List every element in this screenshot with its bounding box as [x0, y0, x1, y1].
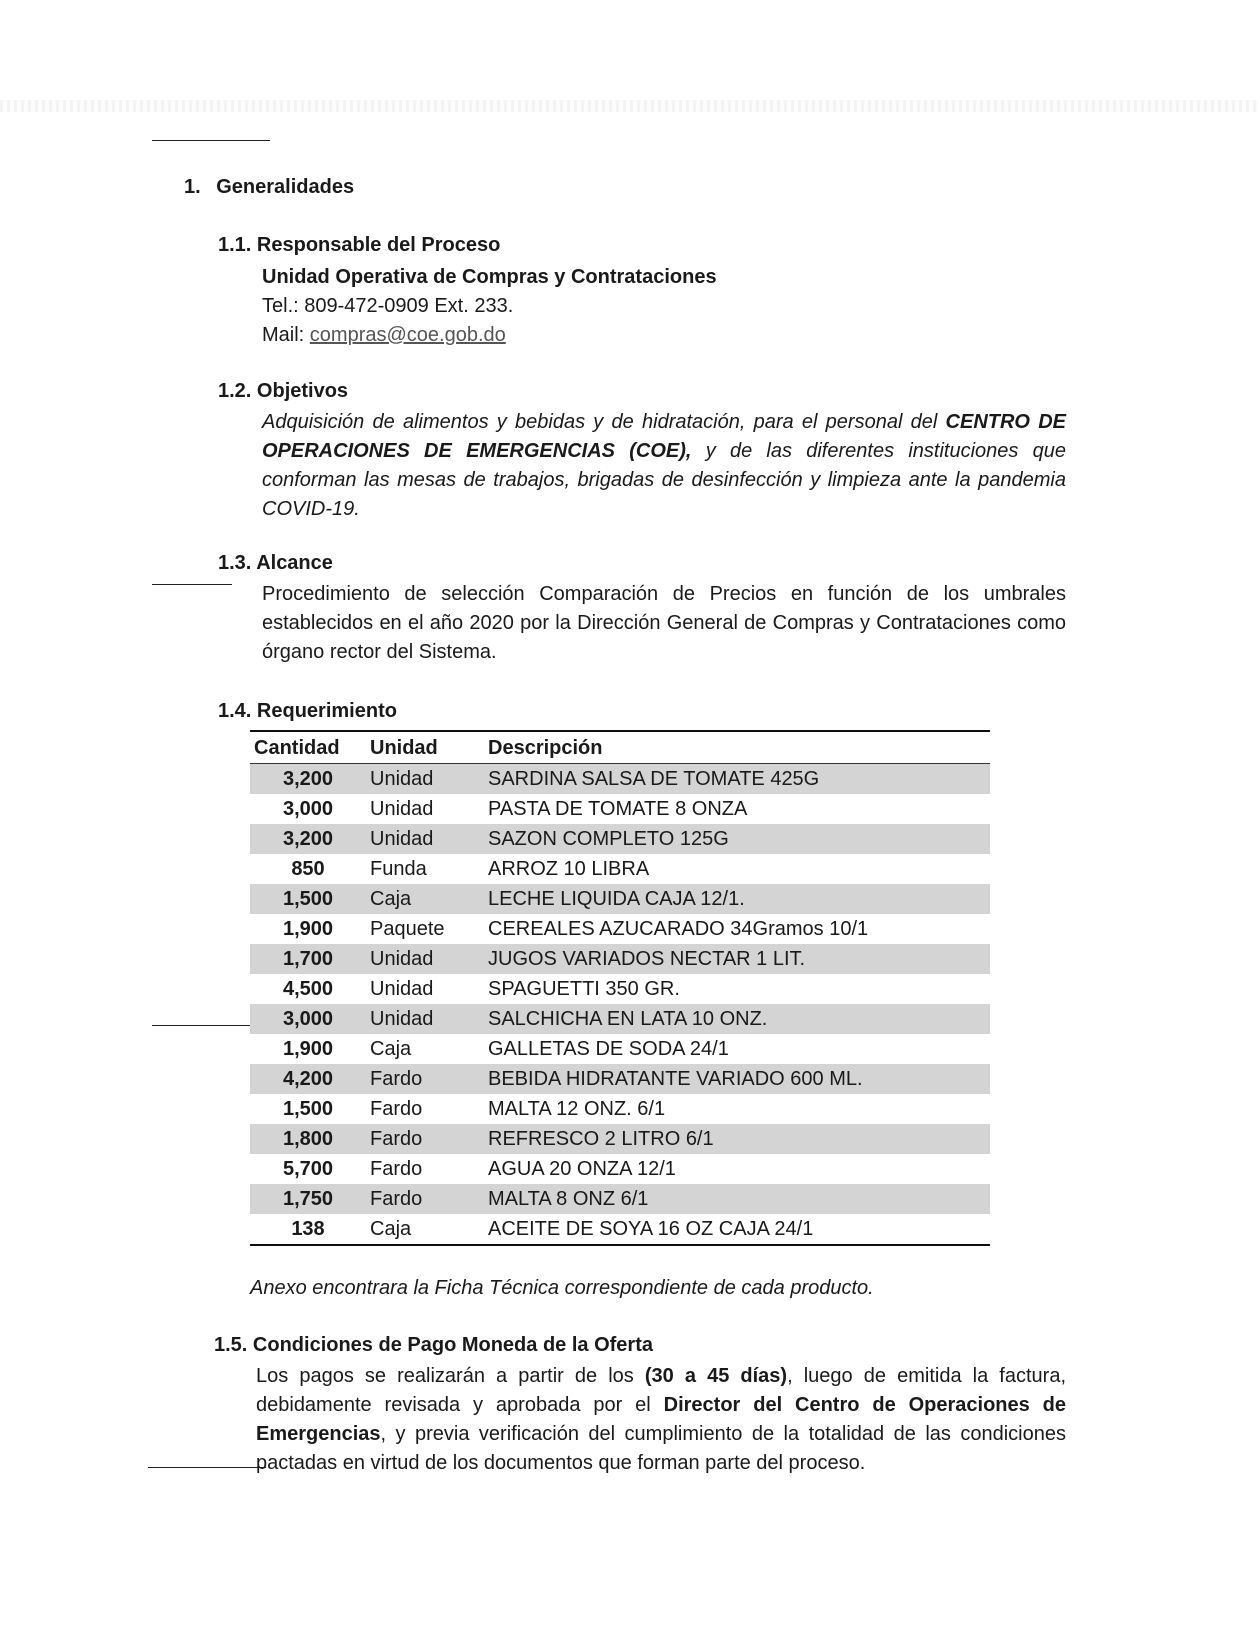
cell-unidad: Paquete	[366, 914, 484, 944]
cell-cantidad: 850	[250, 854, 366, 884]
annex-note: Anexo encontrara la Ficha Técnica corres…	[250, 1274, 874, 1303]
cell-cantidad: 3,200	[250, 764, 366, 795]
heading-number: 1.3.	[218, 552, 251, 574]
scan-mark	[152, 584, 232, 585]
cell-unidad: Funda	[366, 854, 484, 884]
column-header-cantidad: Cantidad	[250, 731, 366, 764]
cell-cantidad: 4,200	[250, 1064, 366, 1094]
cell-unidad: Unidad	[366, 794, 484, 824]
alcance-text: Procedimiento de selección Comparación d…	[262, 580, 1066, 667]
table-row: 1,900PaqueteCEREALES AZUCARADO 34Gramos …	[250, 914, 990, 944]
table-row: 1,900CajaGALLETAS DE SODA 24/1	[250, 1034, 990, 1064]
cell-cantidad: 1,900	[250, 914, 366, 944]
table-row: 3,000UnidadPASTA DE TOMATE 8 ONZA	[250, 794, 990, 824]
cell-cantidad: 5,700	[250, 1154, 366, 1184]
cell-descripcion: MALTA 12 ONZ. 6/1	[484, 1094, 990, 1124]
cell-cantidad: 1,800	[250, 1124, 366, 1154]
cell-descripcion: SPAGUETTI 350 GR.	[484, 974, 990, 1004]
cell-descripcion: PASTA DE TOMATE 8 ONZA	[484, 794, 990, 824]
cell-descripcion: GALLETAS DE SODA 24/1	[484, 1034, 990, 1064]
cell-cantidad: 1,500	[250, 884, 366, 914]
cell-unidad: Fardo	[366, 1064, 484, 1094]
column-header-descripcion: Descripción	[484, 731, 990, 764]
cell-descripcion: SAZON COMPLETO 125G	[484, 824, 990, 854]
heading-number: 1.1.	[218, 234, 251, 256]
table-row: 3,200UnidadSARDINA SALSA DE TOMATE 425G	[250, 764, 990, 795]
responsable-unit: Unidad Operativa de Compras y Contrataci…	[262, 263, 717, 292]
cell-cantidad: 1,500	[250, 1094, 366, 1124]
cell-descripcion: LECHE LIQUIDA CAJA 12/1.	[484, 884, 990, 914]
heading-title: Alcance	[256, 552, 333, 574]
cell-unidad: Caja	[366, 1214, 484, 1245]
responsable-mail: Mail: compras@coe.gob.do	[262, 321, 506, 350]
cell-cantidad: 3,200	[250, 824, 366, 854]
cell-cantidad: 1,900	[250, 1034, 366, 1064]
cell-descripcion: SALCHICHA EN LATA 10 ONZ.	[484, 1004, 990, 1034]
cell-unidad: Unidad	[366, 824, 484, 854]
section-title: Generalidades	[216, 176, 354, 198]
mail-label: Mail:	[262, 324, 310, 346]
cell-unidad: Unidad	[366, 1004, 484, 1034]
table-row: 850FundaARROZ 10 LIBRA	[250, 854, 990, 884]
cell-unidad: Caja	[366, 884, 484, 914]
pago-text: Los pagos se realizarán a partir de los …	[256, 1362, 1066, 1478]
table-row: 4,200FardoBEBIDA HIDRATANTE VARIADO 600 …	[250, 1064, 990, 1094]
mail-link[interactable]: compras@coe.gob.do	[310, 324, 506, 346]
pago-heading: 1.5. Condiciones de Pago Moneda de la Of…	[214, 1334, 653, 1357]
table-row: 3,200UnidadSAZON COMPLETO 125G	[250, 824, 990, 854]
table-row: 4,500UnidadSPAGUETTI 350 GR.	[250, 974, 990, 1004]
cell-cantidad: 138	[250, 1214, 366, 1245]
scan-mark	[152, 140, 270, 141]
cell-descripcion: ACEITE DE SOYA 16 OZ CAJA 24/1	[484, 1214, 990, 1245]
heading-number: 1.2.	[218, 380, 251, 402]
column-header-unidad: Unidad	[366, 731, 484, 764]
requerimiento-table: Cantidad Unidad Descripción 3,200UnidadS…	[250, 730, 990, 1246]
text: Adquisición de alimentos y bebidas y de …	[262, 411, 946, 433]
table-row: 1,750FardoMALTA 8 ONZ 6/1	[250, 1184, 990, 1214]
table-row: 1,800FardoREFRESCO 2 LITRO 6/1	[250, 1124, 990, 1154]
cell-descripcion: SARDINA SALSA DE TOMATE 425G	[484, 764, 990, 795]
scan-artifact	[0, 100, 1258, 112]
table-header-row: Cantidad Unidad Descripción	[250, 731, 990, 764]
bold-text: (30 a 45 días)	[645, 1365, 787, 1387]
table-row: 1,700UnidadJUGOS VARIADOS NECTAR 1 LIT.	[250, 944, 990, 974]
section-heading: 1. Generalidades	[184, 176, 354, 199]
heading-number: 1.5.	[214, 1334, 247, 1356]
cell-cantidad: 3,000	[250, 794, 366, 824]
heading-title: Condiciones de Pago Moneda de la Oferta	[253, 1334, 653, 1356]
cell-cantidad: 1,750	[250, 1184, 366, 1214]
objetivos-text: Adquisición de alimentos y bebidas y de …	[262, 408, 1066, 524]
heading-title: Objetivos	[257, 380, 348, 402]
responsable-tel: Tel.: 809-472-0909 Ext. 233.	[262, 292, 513, 321]
table-row: 138CajaACEITE DE SOYA 16 OZ CAJA 24/1	[250, 1214, 990, 1245]
cell-descripcion: CEREALES AZUCARADO 34Gramos 10/1	[484, 914, 990, 944]
cell-unidad: Unidad	[366, 764, 484, 795]
cell-cantidad: 1,700	[250, 944, 366, 974]
cell-unidad: Fardo	[366, 1094, 484, 1124]
cell-descripcion: REFRESCO 2 LITRO 6/1	[484, 1124, 990, 1154]
text: Los pagos se realizarán a partir de los	[256, 1365, 645, 1387]
cell-unidad: Unidad	[366, 974, 484, 1004]
table-row: 1,500FardoMALTA 12 ONZ. 6/1	[250, 1094, 990, 1124]
responsable-heading: 1.1. Responsable del Proceso	[218, 234, 500, 257]
table-row: 1,500CajaLECHE LIQUIDA CAJA 12/1.	[250, 884, 990, 914]
cell-unidad: Caja	[366, 1034, 484, 1064]
cell-unidad: Fardo	[366, 1154, 484, 1184]
cell-descripcion: JUGOS VARIADOS NECTAR 1 LIT.	[484, 944, 990, 974]
cell-unidad: Fardo	[366, 1124, 484, 1154]
objetivos-heading: 1.2. Objetivos	[218, 380, 348, 403]
cell-cantidad: 3,000	[250, 1004, 366, 1034]
cell-descripcion: AGUA 20 ONZA 12/1	[484, 1154, 990, 1184]
heading-title: Requerimiento	[257, 700, 397, 722]
cell-unidad: Unidad	[366, 944, 484, 974]
cell-unidad: Fardo	[366, 1184, 484, 1214]
table-row: 3,000UnidadSALCHICHA EN LATA 10 ONZ.	[250, 1004, 990, 1034]
section-number: 1.	[184, 176, 201, 198]
requerimiento-heading: 1.4. Requerimiento	[218, 700, 397, 723]
cell-descripcion: ARROZ 10 LIBRA	[484, 854, 990, 884]
cell-cantidad: 4,500	[250, 974, 366, 1004]
cell-descripcion: MALTA 8 ONZ 6/1	[484, 1184, 990, 1214]
heading-number: 1.4.	[218, 700, 251, 722]
cell-descripcion: BEBIDA HIDRATANTE VARIADO 600 ML.	[484, 1064, 990, 1094]
heading-title: Responsable del Proceso	[257, 234, 500, 256]
scan-mark	[148, 1467, 266, 1468]
table-row: 5,700FardoAGUA 20 ONZA 12/1	[250, 1154, 990, 1184]
alcance-heading: 1.3. Alcance	[218, 552, 333, 575]
